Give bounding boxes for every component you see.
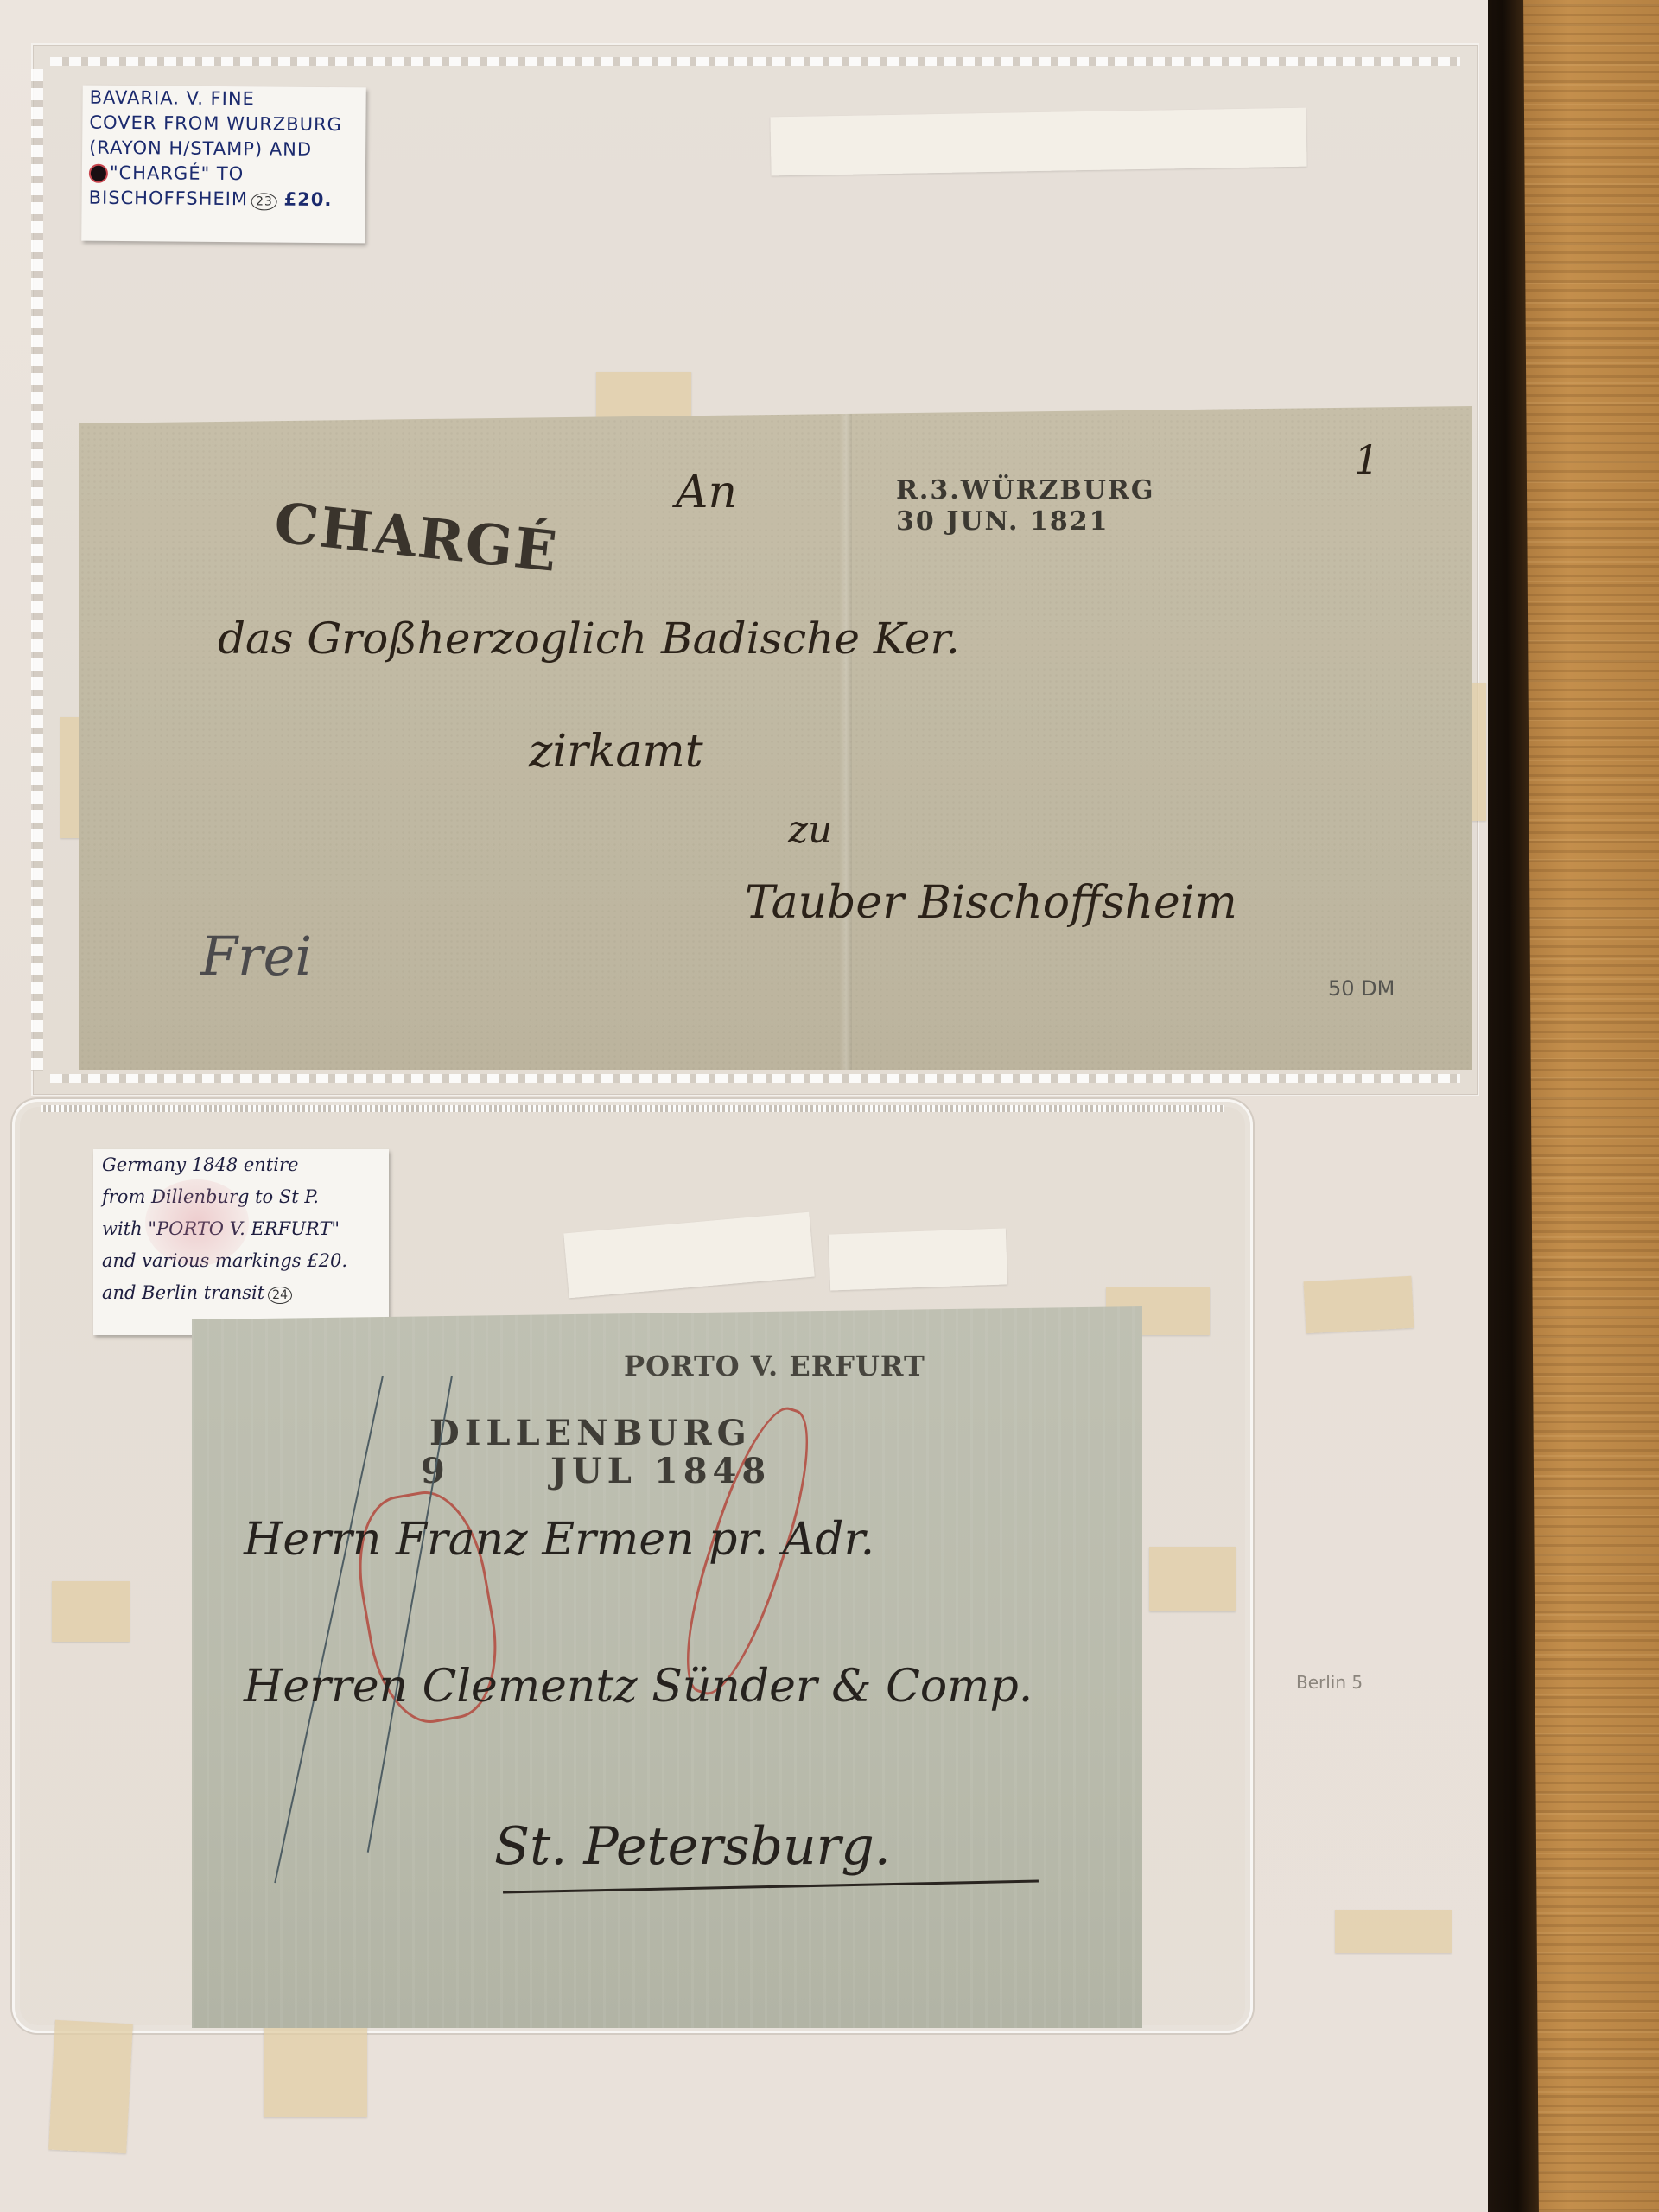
- label-line: COVER FROM WURZBURG: [82, 111, 365, 138]
- price: £20.: [283, 189, 332, 210]
- cover-wurzburg-1821: CHARGÉ R.3.WÜRZBURG 30 JUN. 1821 An 1 da…: [79, 406, 1472, 1070]
- sleeve-1-edge: [31, 69, 43, 1071]
- tape-strip: [770, 108, 1306, 176]
- tape-strip: [1149, 1547, 1236, 1611]
- red-dot-sticker: [89, 164, 108, 183]
- tape-strip: [264, 2022, 367, 2117]
- reference-number: 24: [268, 1287, 292, 1304]
- dealer-label-2: Germany 1848 entire from Dillenburg to S…: [93, 1149, 389, 1335]
- address-line: Herren Clementz Sünder & Comp.: [244, 1661, 1033, 1713]
- wurzburg-postmark: R.3.WÜRZBURG 30 JUN. 1821: [896, 475, 1154, 537]
- label-line: BISCHOFFSHEIM23 £20.: [82, 186, 365, 213]
- address-line: Herrn Franz Ermen pr. Adr.: [244, 1514, 874, 1566]
- album-page: BAVARIA. V. FINE COVER FROM WURZBURG (RA…: [0, 0, 1488, 2212]
- label-line: "CHARGÉ" TO: [82, 161, 365, 188]
- tape-strip: [1304, 1276, 1414, 1333]
- label-line: BAVARIA. V. FINE: [83, 86, 366, 113]
- label-line: and various markings £20.: [93, 1245, 389, 1277]
- address-line: zu: [788, 808, 833, 852]
- tape-strip: [596, 372, 691, 423]
- paper-fold: [840, 406, 852, 1070]
- pencil-page-note: Berlin 5: [1296, 1672, 1363, 1693]
- tape-strip: [52, 1581, 130, 1642]
- address-line: zirkamt: [529, 726, 703, 778]
- charge-handstamp: CHARGÉ: [271, 491, 562, 585]
- corner-mark: 1: [1354, 436, 1379, 483]
- address-line: Tauber Bischoffsheim: [745, 877, 1237, 929]
- label-line: (RAYON H/STAMP) AND: [82, 136, 365, 163]
- porto-erfurt-handstamp: PORTO V. ERFURT: [624, 1350, 925, 1382]
- dealer-label-1: BAVARIA. V. FINE COVER FROM WURZBURG (RA…: [81, 86, 366, 244]
- cover-dillenburg-1848: PORTO V. ERFURT DILLENBURG 9JUL 1848 Her…: [192, 1306, 1142, 2028]
- reference-number: 23: [251, 193, 277, 210]
- pencil-price-note: 50 DM: [1328, 976, 1395, 1001]
- pink-stain: [145, 1179, 249, 1266]
- label-line: Germany 1848 entire: [93, 1149, 389, 1181]
- label-line: and Berlin transit24: [93, 1277, 389, 1309]
- address-line: das Großherzoglich Badische Ker.: [218, 613, 960, 664]
- tape-strip: [829, 1228, 1007, 1290]
- tape-strip: [48, 2020, 133, 2154]
- frei-manuscript: Frei: [200, 925, 312, 988]
- address-line: St. Petersburg.: [494, 1816, 891, 1877]
- address-line: An: [676, 467, 737, 518]
- address-underline: [503, 1880, 1039, 1894]
- dillenburg-postmark: DILLENBURG 9JUL 1848: [429, 1414, 771, 1491]
- tape-strip: [1335, 1910, 1452, 1953]
